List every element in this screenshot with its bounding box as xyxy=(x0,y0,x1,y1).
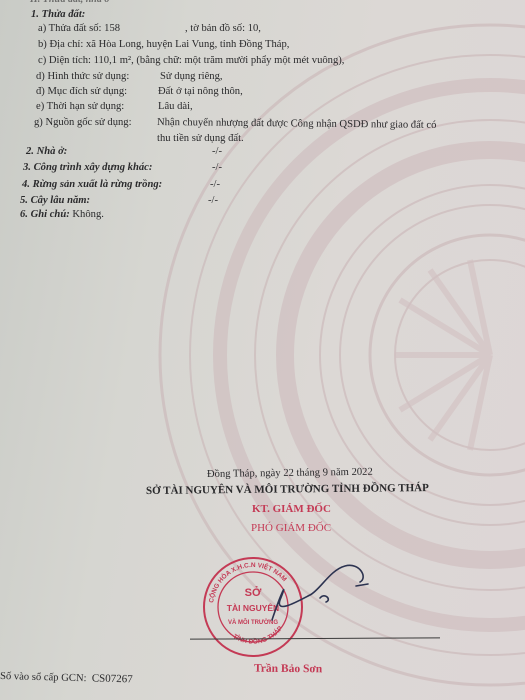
note-value: Không. xyxy=(72,209,104,220)
area: c) Diện tích: 110,1 m², (bằng chữ: một t… xyxy=(38,56,344,67)
map-sheet-number: , tờ bản đồ số: 10, xyxy=(185,24,261,35)
registry-label: Số vào sổ cấp GCN: xyxy=(0,671,87,684)
kt-director-text: KT. GIÁM ĐỐC xyxy=(252,503,331,515)
usage-purpose-value: Đất ở tại nông thôn, xyxy=(158,87,243,98)
perennial-trees-label: 5. Cây lâu năm: xyxy=(20,196,90,207)
production-forest-value: -/- xyxy=(210,180,220,191)
section-1-heading: 1. Thửa đất: xyxy=(31,10,85,21)
deputy-director: PHÓ GIÁM ĐỐC xyxy=(251,523,331,534)
usage-term-value: Lâu dài, xyxy=(158,102,193,113)
place-date: Đồng Tháp, ngày 22 tháng 9 năm 2022 xyxy=(207,468,373,481)
cropped-heading: II. Thửa đất, nhà ở xyxy=(30,0,110,5)
usage-form-label: d) Hình thức sử dụng: xyxy=(36,72,129,83)
address: b) Địa chỉ: xã Hòa Long, huyện Lai Vung,… xyxy=(38,40,289,51)
usage-origin-value-line2: thu tiền sử dụng đất. xyxy=(157,134,244,145)
usage-form-value: Sử dụng riêng, xyxy=(160,72,223,83)
house-value: -/- xyxy=(212,147,222,158)
handwritten-signature xyxy=(260,560,400,630)
perennial-trees-value: -/- xyxy=(208,196,218,207)
other-construction-label: 3. Công trình xây dựng khác: xyxy=(23,163,152,174)
other-construction-value: -/- xyxy=(212,163,222,174)
registry-number: Số vào sổ cấp GCN: CS07267 xyxy=(0,671,133,686)
signer-name: Trần Bảo Sơn xyxy=(254,664,322,676)
usage-term-label: e) Thời hạn sử dụng: xyxy=(36,102,124,113)
agency-name: SỞ TÀI NGUYÊN VÀ MÔI TRƯỜNG TỈNH ĐỒNG TH… xyxy=(146,483,429,497)
usage-origin-value-line1: Nhận chuyển nhượng đất được Công nhận QS… xyxy=(157,118,437,132)
land-certificate-page: II. Thửa đất, nhà ở 1. Thửa đất: a) Thửa… xyxy=(0,0,525,700)
production-forest-label: 4. Rừng sản xuất là rừng trồng: xyxy=(22,180,162,191)
kt-director: KT. GIÁM ĐỐC xyxy=(252,504,331,515)
house-label: 2. Nhà ở: xyxy=(26,147,67,158)
usage-purpose-label: đ) Mục đích sử dụng: xyxy=(36,87,127,98)
usage-origin-label: g) Nguồn gốc sử dụng: xyxy=(34,118,132,129)
parcel-number: a) Thửa đất số: 158 xyxy=(38,24,120,35)
signature-line xyxy=(190,637,440,639)
note-label: 6. Ghi chú: xyxy=(20,209,70,220)
registry-value: CS07267 xyxy=(92,672,133,685)
note: 6. Ghi chú: Không. xyxy=(20,210,104,221)
